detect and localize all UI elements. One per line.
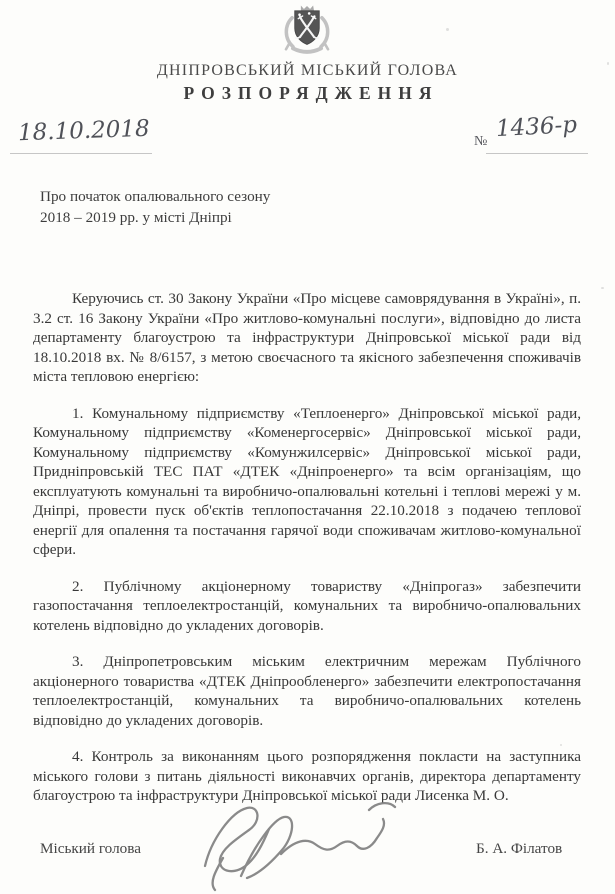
document-type-title: РОЗПОРЯДЖЕННЯ	[0, 83, 615, 104]
handwritten-date: 18.10.2018	[18, 116, 151, 147]
number-sign-label: №	[474, 134, 487, 150]
scan-speckle	[601, 287, 604, 289]
date-underline	[10, 153, 152, 154]
document-body: Керуючись ст. 30 Закону України «Про міс…	[33, 289, 581, 823]
handwritten-number: 1436-р	[495, 112, 577, 142]
subject-block: Про початок опалювального сезону 2018 – …	[40, 186, 270, 228]
coat-of-arms-icon	[279, 3, 335, 57]
paragraph-preamble: Керуючись ст. 30 Закону України «Про міс…	[33, 289, 581, 387]
document-page: ДНІПРОВСЬКИЙ МІСЬКИЙ ГОЛОВА РОЗПОРЯДЖЕНН…	[0, 0, 615, 894]
scan-speckle	[607, 62, 609, 65]
paragraph-item-2: 2. Публічному акціонерному товариству «Д…	[33, 577, 581, 636]
subject-line-2: 2018 – 2019 рр. у місті Дніпрі	[40, 207, 270, 228]
number-underline	[486, 153, 588, 154]
paragraph-item-3: 3. Дніпропетровським міським електричним…	[33, 652, 581, 730]
scan-speckle	[446, 28, 449, 31]
signature-scribble-icon	[183, 796, 408, 892]
organization-title: ДНІПРОВСЬКИЙ МІСЬКИЙ ГОЛОВА	[0, 62, 615, 80]
signer-name: Б. А. Філатов	[476, 840, 562, 858]
paragraph-item-1: 1. Комунальному підприємству «Теплоенерг…	[33, 404, 581, 560]
signer-position: Міський голова	[40, 840, 141, 858]
scan-speckle	[560, 744, 562, 746]
subject-line-1: Про початок опалювального сезону	[40, 186, 270, 207]
